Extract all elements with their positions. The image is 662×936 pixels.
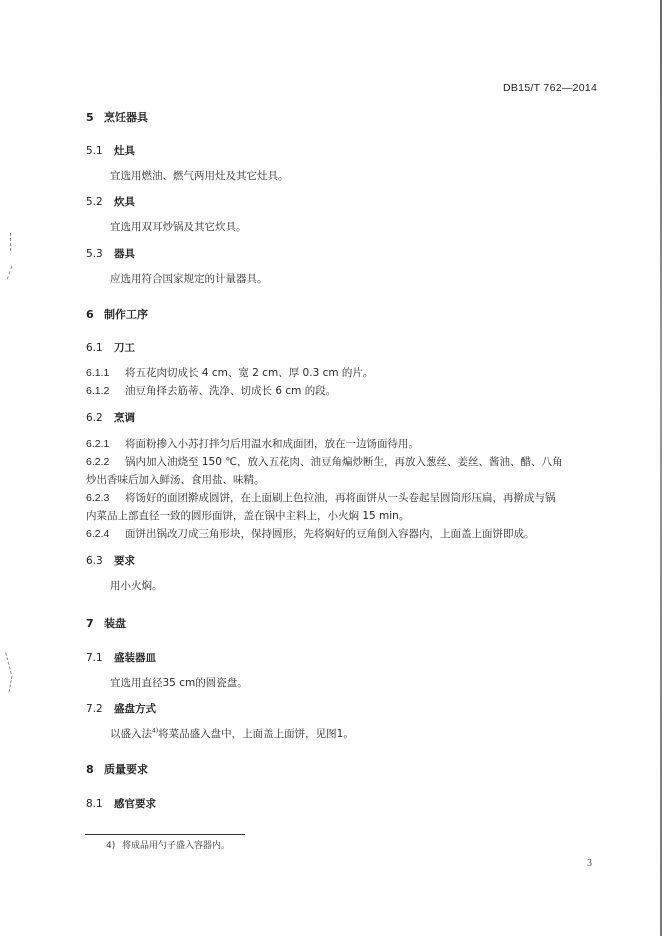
item-6-2-4: 6.2.4面饼出锅改刀成三角形块，保持圆形，先将焖好的豆角倒入容器内，上面盖上面… — [86, 526, 535, 541]
item-6-1-2: 6.1.2油豆角择去筋蒂、洗净、切成长 6 cm 的段。 — [86, 383, 336, 398]
item-6-2-1: 6.2.1将面粉掺入小苏打拌匀后用温水和成面团，放在一边饧面待用。 — [86, 436, 419, 451]
section-heading-5-2: 5.2炊具 — [86, 194, 135, 209]
item-6-2-2-continued: 炒出香味后加入鲜汤、食用盐、味精。 — [86, 472, 265, 487]
section-heading-6-2: 6.2烹调 — [86, 410, 135, 425]
page-number: 3 — [587, 858, 592, 869]
section-heading-5: 5烹饪器具 — [86, 109, 148, 125]
item-6-2-3-continued: 内菜品上部直径一致的圆形面饼，盖在锅中主料上，小火焖 15 min。 — [86, 508, 409, 523]
section-heading-6: 6制作工序 — [86, 306, 148, 322]
paragraph-7-1: 宜选用直径35 cm的圆瓷盘。 — [110, 675, 248, 690]
footnote: 4)将成品用勺子盛入容器内。 — [106, 838, 230, 851]
footnote-divider — [85, 834, 245, 835]
section-heading-8-1: 8.1感官要求 — [86, 796, 156, 811]
binding-mark — [10, 233, 13, 251]
binding-mark — [7, 266, 15, 280]
section-heading-7-1: 7.1盛装器皿 — [86, 650, 156, 665]
section-heading-8: 8质量要求 — [86, 761, 148, 777]
paragraph-6-3: 用小火焖。 — [110, 578, 163, 593]
section-heading-6-1: 6.1刀工 — [86, 340, 135, 355]
paragraph-5-2: 宜选用双耳炒锅及其它炊具。 — [110, 219, 247, 234]
standard-code: DB15/T 762—2014 — [503, 82, 597, 94]
item-6-2-2: 6.2.2锅内加入油烧至 150 ℃，放入五花肉、油豆角煸炒断生，再放入葱丝、姜… — [86, 454, 563, 469]
section-heading-5-3: 5.3器具 — [86, 246, 135, 261]
item-6-2-3: 6.2.3将饧好的面团擀成圆饼，在上面刷上色拉油，再将面饼从一头卷起呈圆筒形压扁… — [86, 490, 556, 505]
paragraph-5-3: 应选用符合国家规定的计量器具。 — [110, 271, 268, 286]
paragraph-7-2: 以盛入法4)将菜品盛入盘中，上面盖上面饼，见图1。 — [110, 726, 354, 741]
section-heading-7: 7装盘 — [86, 615, 126, 631]
paragraph-5-1: 宜选用燃油、燃气两用灶及其它灶具。 — [110, 168, 289, 183]
binding-mark — [9, 676, 15, 692]
item-6-1-1: 6.1.1将五花肉切成长 4 cm、宽 2 cm、厚 0.3 cm 的片。 — [86, 365, 373, 380]
section-heading-7-2: 7.2盛盘方式 — [86, 701, 156, 716]
section-heading-6-3: 6.3要求 — [86, 553, 135, 568]
section-heading-5-1: 5.1灶具 — [86, 143, 135, 158]
document-page: DB15/T 762—2014 5烹饪器具 5.1灶具 宜选用燃油、燃气两用灶及… — [0, 0, 662, 936]
binding-mark — [5, 652, 14, 674]
